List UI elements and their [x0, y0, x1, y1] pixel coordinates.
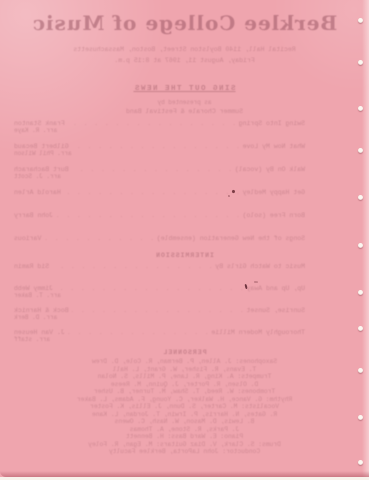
ghost-credit: Various	[14, 235, 41, 242]
ghost-personnel-heading: PERSONNEL	[0, 349, 369, 356]
ghost-personnel-line: R. Gates, N. Harris, P. Irwin, T. Jordan…	[0, 411, 369, 419]
ghost-personnel-line: Vocalists: M. Carter, S. Dunn, J. Ellis,…	[0, 403, 369, 411]
ghost-personnel-line: Drums: S. Clark, V. Diaz Guitars: M. Ega…	[0, 441, 369, 449]
punch-hole	[358, 326, 363, 331]
ghost-date-line: Friday, August 11, 1967 at 8:15 p.m.	[0, 57, 369, 64]
ghost-intermission-label: INTERMISSION	[0, 252, 369, 259]
punch-hole	[358, 368, 363, 373]
ghost-personnel-line: J. Parks, R. Stone, A. Thomas	[0, 426, 369, 434]
dotted-leader: . . . . . . . . . . . . . . . . . . . . …	[72, 307, 244, 314]
punch-hole	[358, 60, 363, 65]
ghost-credit: Gilbert Becaud	[14, 143, 69, 150]
ghost-personnel-line: D. Olsen, R. Porter, J. Quinn, M. Reese	[0, 381, 369, 389]
ghost-program-row: Sunrise, Sunset. . . . . . . . . . . . .…	[14, 307, 305, 329]
ghost-arranger-line: arr. T. Baker	[14, 292, 305, 299]
ghost-song-title: Sunrise, Sunset	[246, 307, 305, 314]
ink-speck	[254, 281, 258, 283]
scanned-page-back: Berklee College of Music Recital Hall, 1…	[0, 0, 369, 480]
ghost-song-title: Up, Up and Away	[246, 285, 305, 292]
ghost-program-row: Swing Into Spring. . . . . . . . . . . .…	[14, 120, 305, 143]
punch-hole	[358, 18, 363, 23]
ghost-program-row: What Now My Love. . . . . . . . . . . . …	[14, 143, 305, 166]
ghost-program-row: Born Free (solo). . . . . . . . . . . . …	[14, 212, 305, 235]
ghost-song-title: Swing Into Spring	[239, 120, 305, 127]
ghost-personnel-line: Trumpets: A. King, R. Lane, P. Mills, S.…	[0, 373, 369, 381]
ghost-program-part2: Music to Watch Girls By. . . . . . . . .…	[14, 263, 305, 351]
ghost-credit: Sid Ramin	[14, 263, 49, 270]
ghost-personnel-line: Trombones: W. Reed, T. Shaw, M. Turner, …	[0, 388, 369, 396]
ghost-personnel-line: Saxophones: J. Allen, P. Berman, R. Cole…	[0, 358, 369, 366]
ghost-personnel-line: Conductor: John LaPorta, Berklee Faculty	[0, 448, 369, 456]
punch-hole	[358, 290, 363, 295]
ghost-program-row: Up, Up and Away. . . . . . . . . . . . .…	[14, 285, 305, 307]
dotted-leader: . . . . . . . . . . . . . . . . . . . . …	[56, 285, 243, 292]
ghost-song-title: Thoroughly Modern Millie	[211, 329, 305, 336]
ghost-arranger-line: arr. R. Kaye	[14, 127, 305, 134]
ghost-song-title: Walk On By (vocal)	[235, 166, 305, 173]
ghost-event-title: SING OUT THE NEWS	[0, 85, 369, 93]
ghost-song-title: Get Happy Medley	[243, 189, 305, 196]
dotted-leader: . . . . . . . . . . . . . . . . . . . . …	[72, 166, 232, 173]
punch-hole	[358, 195, 363, 200]
ghost-program-part1: Swing Into Spring. . . . . . . . . . . .…	[14, 120, 305, 258]
ghost-credit: Jimmy Webb	[14, 285, 53, 292]
ghost-ensemble-name: Summer Chorale & Festival Band	[0, 108, 369, 115]
punch-hole	[358, 106, 363, 111]
punch-hole	[358, 415, 363, 420]
ghost-credit: John Barry	[14, 212, 53, 219]
ghost-presented-by: as presented by	[0, 99, 369, 106]
ghost-program-row: Thoroughly Modern Millie. . . . . . . . …	[14, 329, 305, 351]
dotted-leader: . . . . . . . . . . . . . . . . . . . . …	[72, 143, 240, 150]
ghost-arranger-line: arr. Phil Wilson	[14, 150, 305, 157]
ghost-personnel-list: Saxophones: J. Allen, P. Berman, R. Cole…	[0, 358, 369, 456]
ghost-personnel-line: B. Lewis, D. Mason, W. Nash, C. Owens	[0, 418, 369, 426]
ghost-arranger-line: arr. J. Scott	[14, 173, 305, 180]
ghost-arranger-line: arr. staff	[14, 336, 305, 343]
punch-hole	[358, 148, 363, 153]
dotted-leader: . . . . . . . . . . . . . . . . . . . . …	[56, 212, 240, 219]
ghost-song-title: What Now My Love	[243, 143, 305, 150]
punch-hole	[358, 460, 363, 465]
ghost-address-line: Recital Hall, 1140 Boylston Street, Bost…	[0, 46, 369, 53]
ink-speck	[228, 195, 230, 197]
ghost-song-title: Music to Watch Girls By	[215, 263, 305, 270]
ghost-credit: J. Van Heusen	[14, 329, 65, 336]
dotted-leader: . . . . . . . . . . . . . . . . . . . . …	[68, 120, 236, 127]
ghost-song-title: Songs of the New Generation (ensemble)	[157, 235, 305, 242]
ghost-letterhead-title: Berklee College of Music	[0, 11, 369, 35]
ghost-personnel-line: Piano: E. Ward Bass: H. Bennett	[0, 433, 369, 441]
ghost-credit: Frank Stanton	[14, 120, 65, 127]
punch-hole	[358, 243, 363, 248]
ghost-program-row: Walk On By (vocal). . . . . . . . . . . …	[14, 166, 305, 189]
dotted-leader: . . . . . . . . . . . . . . . . . . . . …	[52, 263, 212, 270]
ghost-credit: Burt Bacharach	[14, 166, 69, 173]
ghost-personnel-line: T. Evans, R. Fisher, W. Grant, L. Hall	[0, 366, 369, 374]
ghost-arranger-line: arr. D. Berk	[14, 314, 305, 321]
ghost-credit: Bock & Harnick	[14, 307, 69, 314]
ghost-program-row: Music to Watch Girls By. . . . . . . . .…	[14, 263, 305, 285]
ghost-personnel-line: Rhythm: G. Vance, H. Walker, C. Young, F…	[0, 396, 369, 404]
bleedthrough-text-layer: Berklee College of Music Recital Hall, 1…	[0, 0, 369, 480]
ghost-song-title: Born Free (solo)	[243, 212, 305, 219]
dotted-leader: . . . . . . . . . . . . . . . . . . . . …	[68, 329, 209, 336]
dotted-leader: . . . . . . . . . . . . . . . . . . . . …	[44, 235, 153, 242]
ghost-credit: Harold Arlen	[14, 189, 61, 196]
ghost-program-row: Get Happy Medley. . . . . . . . . . . . …	[14, 189, 305, 212]
dotted-leader: . . . . . . . . . . . . . . . . . . . . …	[64, 189, 240, 196]
